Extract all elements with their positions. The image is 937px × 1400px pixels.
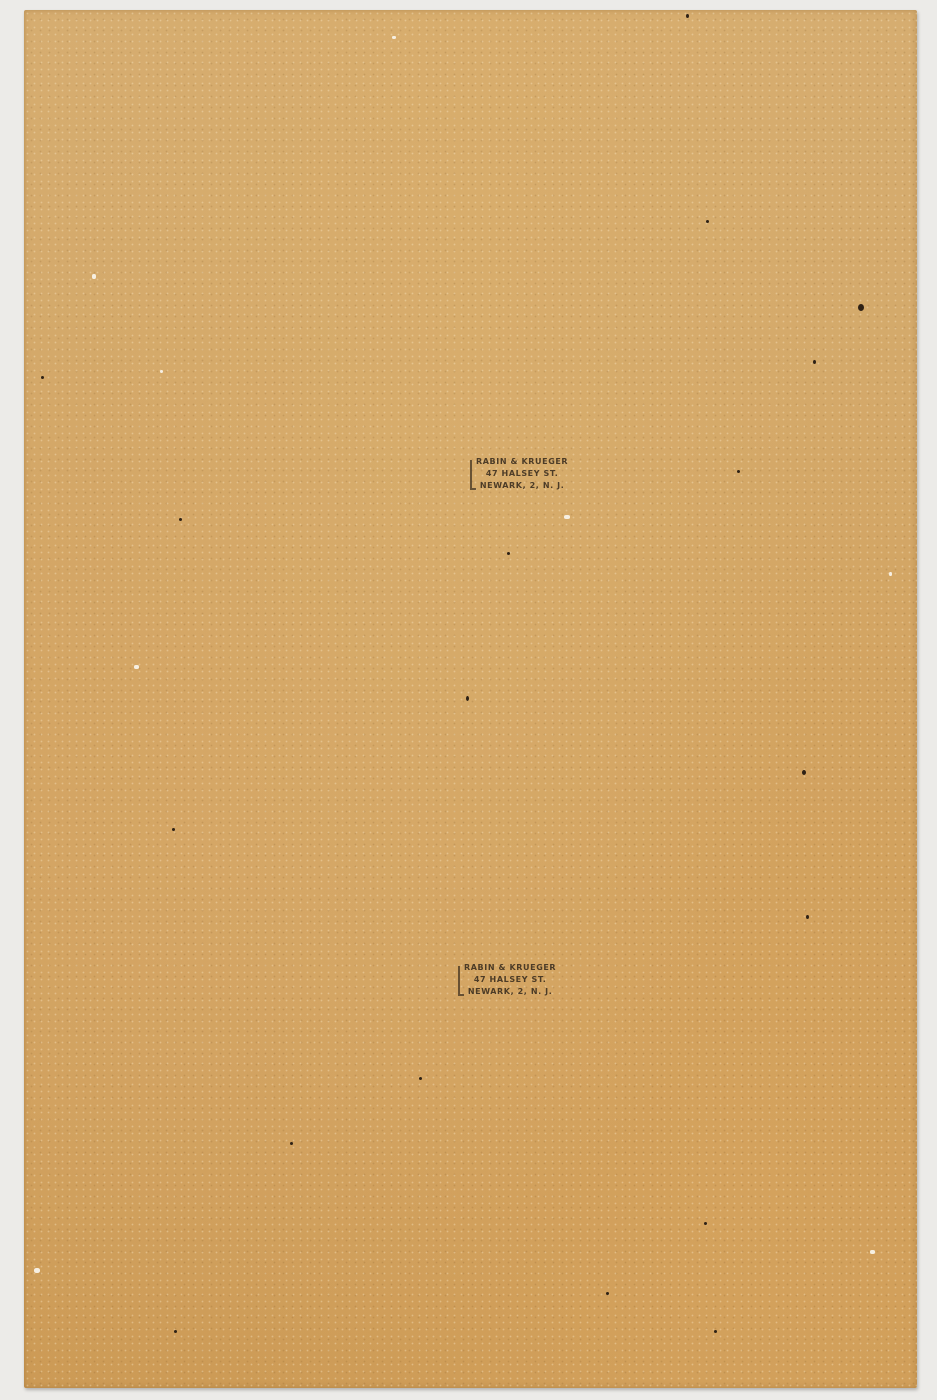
- stamp-bracket: [470, 460, 476, 490]
- speck: [802, 770, 806, 775]
- speck: [806, 915, 809, 919]
- speck: [686, 14, 689, 18]
- stamp-line-city: NEWARK, 2, N. J.: [476, 480, 568, 492]
- speck: [507, 552, 510, 555]
- fleck: [870, 1250, 875, 1254]
- speck: [179, 518, 182, 521]
- speck: [172, 828, 175, 831]
- stamp-line-city: NEWARK, 2, N. J.: [464, 986, 556, 998]
- stamp-line-street: 47 HALSEY ST.: [476, 468, 568, 480]
- speck: [606, 1292, 609, 1295]
- speck: [858, 304, 864, 311]
- stamp-lower: RABIN & KRUEGER 47 HALSEY ST. NEWARK, 2,…: [464, 962, 556, 998]
- speck: [813, 360, 816, 364]
- speck: [466, 696, 469, 701]
- fleck: [92, 274, 96, 279]
- fleck: [392, 36, 396, 39]
- speck: [41, 376, 44, 379]
- paper-board: RABIN & KRUEGER 47 HALSEY ST. NEWARK, 2,…: [24, 10, 917, 1388]
- stamp-line-company: RABIN & KRUEGER: [464, 962, 556, 974]
- fleck: [160, 370, 163, 373]
- speck: [290, 1142, 293, 1145]
- speck: [737, 470, 740, 473]
- speck: [174, 1330, 177, 1333]
- speck: [714, 1330, 717, 1333]
- fleck: [564, 515, 570, 519]
- speck: [704, 1222, 707, 1225]
- stamp-line-company: RABIN & KRUEGER: [476, 456, 568, 468]
- speck: [706, 220, 709, 223]
- speck: [419, 1077, 422, 1080]
- stamp-bracket: [458, 966, 464, 996]
- fleck: [34, 1268, 40, 1273]
- stamp-upper: RABIN & KRUEGER 47 HALSEY ST. NEWARK, 2,…: [476, 456, 568, 492]
- fleck: [889, 572, 892, 576]
- stamp-line-street: 47 HALSEY ST.: [464, 974, 556, 986]
- fleck: [134, 665, 139, 669]
